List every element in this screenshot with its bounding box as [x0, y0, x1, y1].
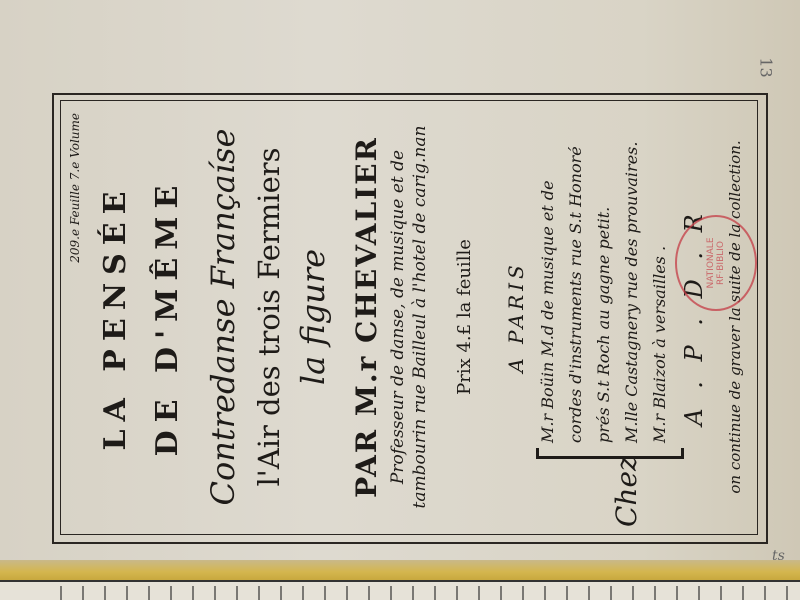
address-line: cordes d'instruments rue S.t Honoré	[566, 146, 585, 443]
title-line-1: LA PENSÉE	[98, 101, 133, 533]
address-line: M.lle Castagnery rue des prouvaires.	[622, 142, 641, 443]
author-description-1: Professeur de danse, de musique et de	[388, 101, 408, 533]
subtitle-1: Contredanse Françaíse	[204, 101, 242, 533]
address-line: M.r Blaizot à versailles .	[650, 246, 669, 443]
address-line: prés S.t Roch au gagne petit.	[594, 207, 613, 443]
author-line: PAR M.r CHEVALIER	[350, 101, 383, 533]
privilege-line: A . P . D . R	[680, 101, 708, 533]
author-description-2: tambourin rue Bailleul à l'hotel de cari…	[410, 101, 430, 533]
title-line-2: DE D'MÊME	[150, 101, 185, 533]
page-edge	[0, 560, 800, 580]
city-line: A PARIS	[504, 101, 528, 533]
stamp-line-1: NATIONALE	[706, 237, 716, 288]
subtitle-3: la figure	[294, 101, 332, 533]
address-line: M.r Boüin M.d de musique et de	[538, 180, 557, 443]
folio-label: 209.e Feuille 7.e Volume	[68, 113, 82, 533]
price-line: Prix 4.£ la feuille	[454, 101, 475, 533]
title-page-content: 209.e Feuille 7.e Volume LA PENSÉE DE D'…	[62, 101, 756, 533]
bracket-decoration	[536, 448, 684, 459]
subtitle-2: l'Air des trois Fermiers	[252, 101, 286, 533]
pencil-annotation-top: 13	[757, 57, 776, 77]
stamp-line-2: RF·BIBLIO	[716, 241, 726, 285]
pencil-annotation-bottom: ts	[772, 548, 785, 564]
footer-note: on continue de graver la suite de la col…	[726, 101, 744, 533]
next-page-music-strip	[0, 580, 800, 600]
chez-label: Chez	[610, 456, 643, 527]
library-stamp: NATIONALE RF·BIBLIO	[675, 215, 757, 311]
